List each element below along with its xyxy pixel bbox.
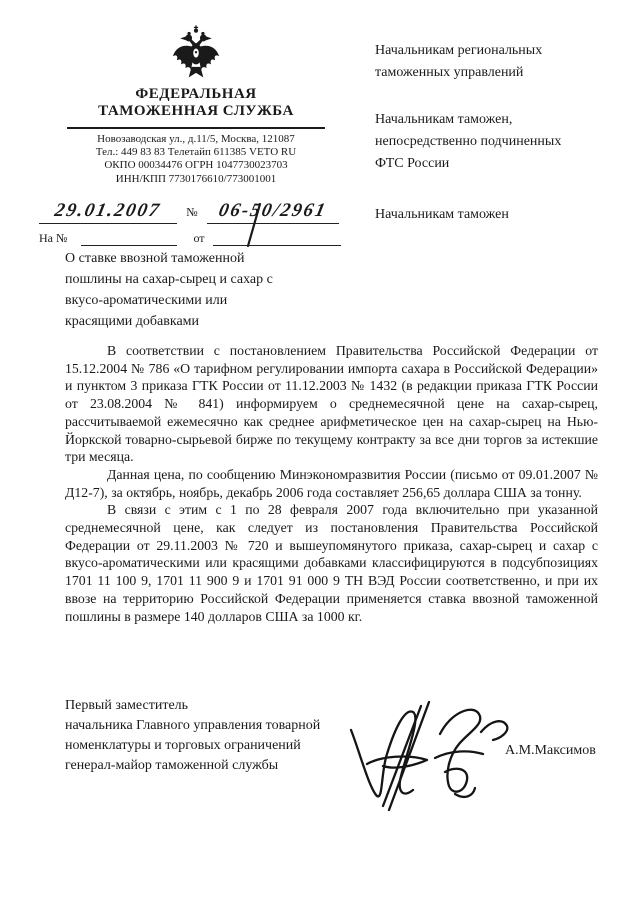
outgoing-reference-row: 29.01.2007 № 06-50/2961: [35, 194, 357, 224]
org-address-inn-kpp: ИНН/КПП 7730176610/773001001: [35, 173, 357, 186]
org-name: ФЕДЕРАЛЬНАЯ ТАМОЖЕННАЯ СЛУЖБА: [35, 86, 357, 120]
letterhead-divider: [67, 127, 325, 129]
reply-date-blank: [213, 232, 341, 246]
coat-of-arms-eagle-icon: [170, 24, 222, 82]
outgoing-date-handwritten: 29.01.2007: [53, 200, 163, 222]
body-paragraph-2: Данная цена, по сообщению Минэкономразви…: [65, 466, 598, 501]
body-paragraph-3: В связи с этим с 1 по 28 февраля 2007 го…: [65, 501, 598, 625]
body-paragraph-1: В соответствии с постановлением Правител…: [65, 342, 598, 466]
reply-from-label: от: [185, 231, 213, 246]
number-sign: №: [177, 205, 207, 224]
letter-body: В соответствии с постановлением Правител…: [65, 342, 598, 625]
outgoing-number-field: 06-50/2961: [207, 200, 339, 224]
subject-line: О ставке ввозной таможенной пошлины на с…: [65, 248, 345, 332]
addressee-customs-heads: Начальникам таможен: [375, 204, 620, 226]
letterhead: ФЕДЕРАЛЬНАЯ ТАМОЖЕННАЯ СЛУЖБА Новозаводс…: [35, 24, 357, 246]
outgoing-number-handwritten: 06-50/2961: [217, 200, 329, 222]
signer-name: А.М.Максимов: [505, 743, 596, 759]
signature-block: Первый заместитель начальника Главного у…: [65, 696, 610, 821]
reply-reference-row: На № от: [35, 228, 357, 246]
handwritten-slash-tail: [243, 200, 269, 250]
outgoing-date-field: 29.01.2007: [39, 200, 177, 224]
addressee-regional-directorates: Начальникам региональных таможенных упра…: [375, 40, 620, 84]
org-address-okpo-ogrn: ОКПО 00034476 ОГРН 1047730023703: [35, 159, 357, 172]
reply-number-blank: [81, 232, 177, 246]
reply-number-label: На №: [39, 231, 81, 246]
addressees: Начальникам региональных таможенных упра…: [375, 40, 620, 251]
addressee-customs-fts-subordinate: Начальникам таможен, непосредственно под…: [375, 109, 620, 175]
document-page: ФЕДЕРАЛЬНАЯ ТАМОЖЕННАЯ СЛУЖБА Новозаводс…: [0, 0, 640, 900]
org-address-phone: Тел.: 449 83 83 Телетайп 611385 VETO RU: [35, 146, 357, 159]
org-address-street: Новозаводская ул., д.11/5, Москва, 12108…: [35, 133, 357, 146]
handwritten-signature-icon: [343, 698, 513, 816]
